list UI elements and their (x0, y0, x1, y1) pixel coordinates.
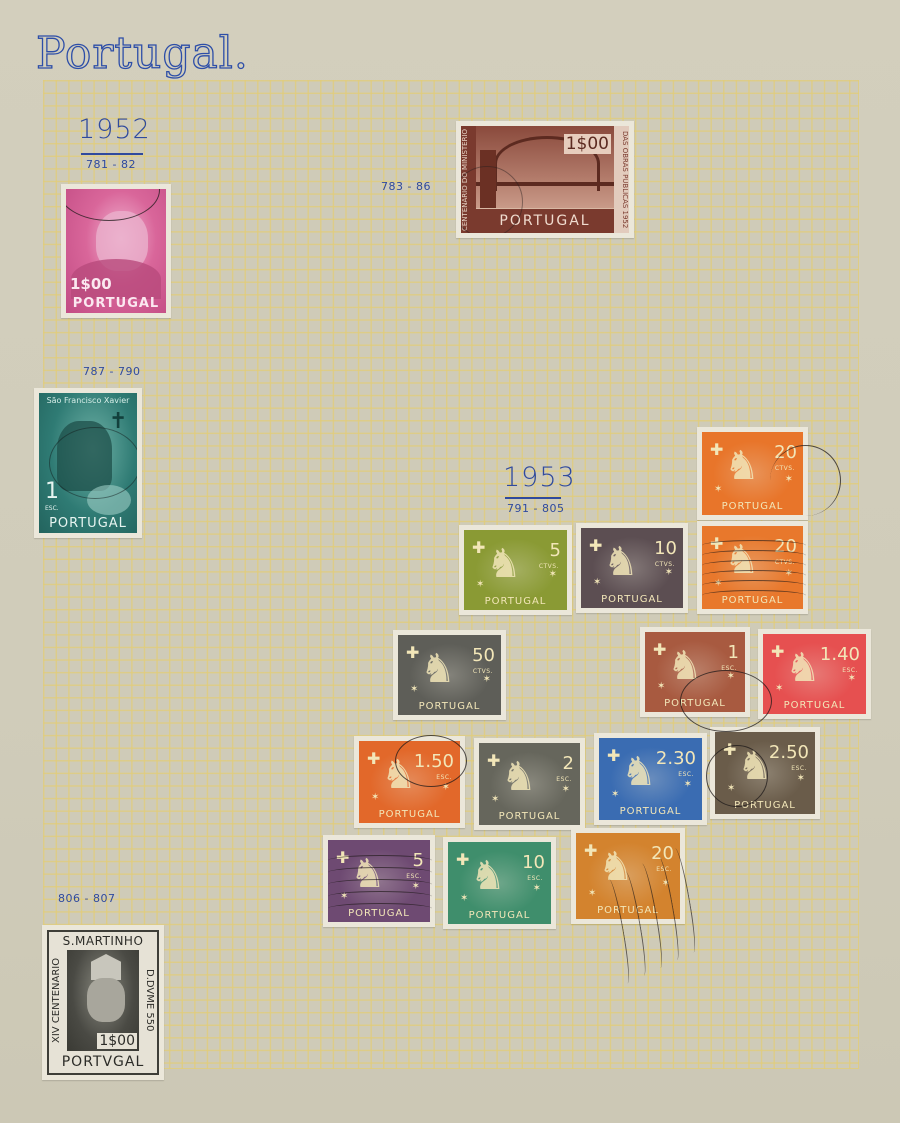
catalog-number: 783 - 86 (381, 180, 431, 193)
stamp-value: 10 (522, 852, 545, 873)
stamp-country: PORTVGAL (49, 1054, 157, 1070)
stamp-country: PORTUGAL (464, 596, 567, 607)
page-title: Portugal. (36, 28, 249, 79)
star-icon: ✶ (533, 883, 541, 894)
stamp-portrait-1952: 1$00 PORTUGAL (61, 184, 171, 318)
cross-icon: ✚ (487, 751, 500, 770)
stamp-knight-1-40-esc: ✚ ♞ 1.40 ESC. ✶ ✶ PORTUGAL (758, 629, 871, 719)
stamp-value: 5 (550, 540, 561, 561)
star-icon: ✶ (483, 674, 491, 685)
star-icon: ✶ (775, 683, 783, 694)
mitre-shape (91, 954, 121, 980)
stamp-unit: ESC. (791, 765, 807, 772)
star-icon: ✶ (410, 684, 418, 695)
catalog-number: 791 - 805 (507, 502, 564, 515)
stamp-knight-10-esc: ✚ ♞ 10 ESC. ✶ ✶ PORTUGAL (443, 837, 556, 929)
catalog-number: 781 - 82 (86, 158, 136, 171)
cross-icon: ✚ (710, 440, 723, 459)
postmark (395, 735, 467, 787)
star-icon: ✶ (665, 567, 673, 578)
postmark (328, 855, 432, 866)
stamp-top-text: São Francisco Xavier (39, 396, 137, 405)
star-icon: ✶ (684, 779, 692, 790)
stamp-side-text: DAS OBRAS PUBLICAS 1952 (614, 126, 629, 233)
knight-on-horse-icon: ♞ (470, 856, 506, 896)
star-icon: ✶ (562, 784, 570, 795)
postmark (702, 590, 806, 601)
star-icon: ✶ (460, 893, 468, 904)
star-icon: ✶ (611, 789, 619, 800)
stamp-unit: ESC. (556, 776, 572, 783)
stamp-unit: ESC. (527, 875, 543, 882)
stamp-value: 10 (654, 538, 677, 559)
stamp-value: 1.40 (820, 644, 860, 665)
stamp-value: 1$00 (70, 275, 112, 293)
year-heading-1953: 1953 (503, 462, 576, 493)
knight-on-horse-icon: ♞ (420, 649, 456, 689)
star-icon: ✶ (549, 569, 557, 580)
stamp-knight-2-30-esc: ✚ ♞ 2.30 ESC. ✶ ✶ PORTUGAL (594, 733, 707, 825)
star-icon: ✶ (714, 484, 722, 495)
stamp-country: PORTUGAL (398, 701, 501, 712)
knight-on-horse-icon: ♞ (486, 544, 522, 584)
star-icon: ✶ (797, 773, 805, 784)
stamp-unit: ESC. (45, 505, 59, 512)
postmark (328, 903, 432, 914)
stamp-value: 2.50 (769, 742, 809, 763)
stamp-unit: ESC. (678, 771, 694, 778)
cross-icon: ✚ (406, 643, 419, 662)
cross-icon: ✚ (456, 850, 469, 869)
star-icon: ✶ (371, 792, 379, 803)
postmark (770, 445, 841, 516)
stamp-sao-martinho: S.MARTINHO XIV CENTENARIO D.DVME 550 1$0… (42, 925, 164, 1080)
stamp-country: PORTUGAL (448, 910, 551, 921)
knight-on-horse-icon: ♞ (603, 542, 639, 582)
stamp-value: 50 (472, 645, 495, 666)
stamp-side-text: D.DVME 550 (141, 950, 155, 1051)
star-icon: ✶ (848, 673, 856, 684)
postmark (66, 189, 160, 221)
underline (505, 497, 561, 499)
stamp-value: 20 (651, 843, 674, 864)
postmark (328, 867, 432, 878)
stamp-knight-50-ctvs: ✚ ♞ 50 CTVS. ✶ ✶ PORTUGAL (393, 630, 506, 720)
catalog-number: 787 - 790 (83, 365, 140, 378)
stamp-knight-5-ctvs: ✚ ♞ 5 CTVS. ✶ ✶ PORTUGAL (459, 525, 572, 615)
face-shape (87, 978, 125, 1022)
year-heading-1952: 1952 (78, 114, 151, 145)
knight-on-horse-icon: ♞ (501, 757, 537, 797)
stamp-knight-2-esc: ✚ ♞ 2 ESC. ✶ ✶ PORTUGAL (474, 738, 585, 830)
cross-icon: ✚ (771, 642, 784, 661)
bishop-figure: 1$00 (67, 950, 139, 1051)
postmark (680, 670, 772, 732)
cross-icon: ✚ (367, 749, 380, 768)
knight-on-horse-icon: ♞ (724, 446, 760, 486)
stamp-country: PORTUGAL (66, 296, 166, 311)
stamp-top-text: S.MARTINHO (49, 934, 157, 948)
stamp-value: 2 (563, 753, 574, 774)
star-icon: ✶ (657, 681, 665, 692)
stamp-side-text: XIV CENTENARIO (51, 950, 65, 1051)
cross-icon: ✚ (589, 536, 602, 555)
stamp-value: 1$00 (97, 1033, 137, 1049)
stamp-country: PORTUGAL (359, 809, 460, 820)
stamp-country: PORTUGAL (39, 516, 137, 531)
postmark (328, 891, 432, 902)
underline (81, 153, 143, 155)
stamp-country: PORTUGAL (763, 700, 866, 711)
cross-icon: ✚ (607, 746, 620, 765)
stamp-bridge-1952: CENTENARIO DO MINISTERIO DAS OBRAS PUBLI… (456, 121, 634, 238)
stamp-knight-10-ctvs: ✚ ♞ 10 CTVS. ✶ ✶ PORTUGAL (576, 523, 688, 613)
star-icon: ✶ (491, 794, 499, 805)
knight-on-horse-icon: ♞ (621, 752, 657, 792)
stamp-country: PORTUGAL (581, 594, 683, 605)
stamp-country: PORTUGAL (599, 806, 702, 817)
cross-icon: ✚ (653, 640, 666, 659)
postmark (706, 745, 768, 807)
star-icon: ✶ (476, 579, 484, 590)
cross-icon: ✚ (584, 841, 597, 860)
stamp-value: 1 (728, 642, 739, 663)
album-page: Portugal. 1952 781 - 82 783 - 86 787 - 7… (0, 0, 900, 1123)
postmark (49, 427, 137, 499)
star-icon: ✶ (588, 888, 596, 899)
stamp-sao-francisco-xavier: São Francisco Xavier ✝ 1 ESC. PORTUGAL (34, 388, 142, 538)
stamp-value: 1$00 (564, 134, 611, 154)
stamp-value: 2.30 (656, 748, 696, 769)
star-icon: ✶ (593, 577, 601, 588)
postmark (328, 879, 432, 890)
cross-icon: ✚ (472, 538, 485, 557)
knight-on-horse-icon: ♞ (785, 648, 821, 688)
catalog-number: 806 - 807 (58, 892, 115, 905)
stamp-country: PORTUGAL (479, 811, 580, 822)
